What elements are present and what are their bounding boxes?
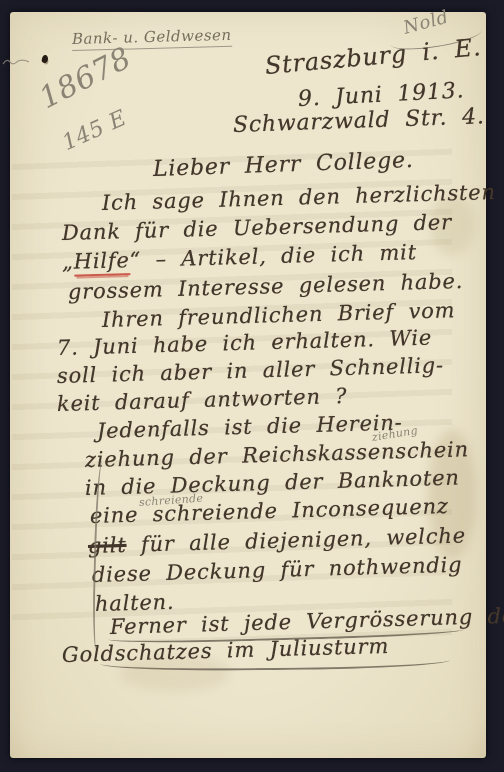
pencil-scribble-icon (1, 52, 31, 70)
red-underlined-word: Hilfe (73, 248, 130, 277)
letter-line: halten. (95, 592, 175, 615)
scanned-letter-page: Bank- u. Geldwesen 18678 145 E Nold Stra… (0, 0, 504, 772)
open-quote: „ (62, 250, 74, 274)
